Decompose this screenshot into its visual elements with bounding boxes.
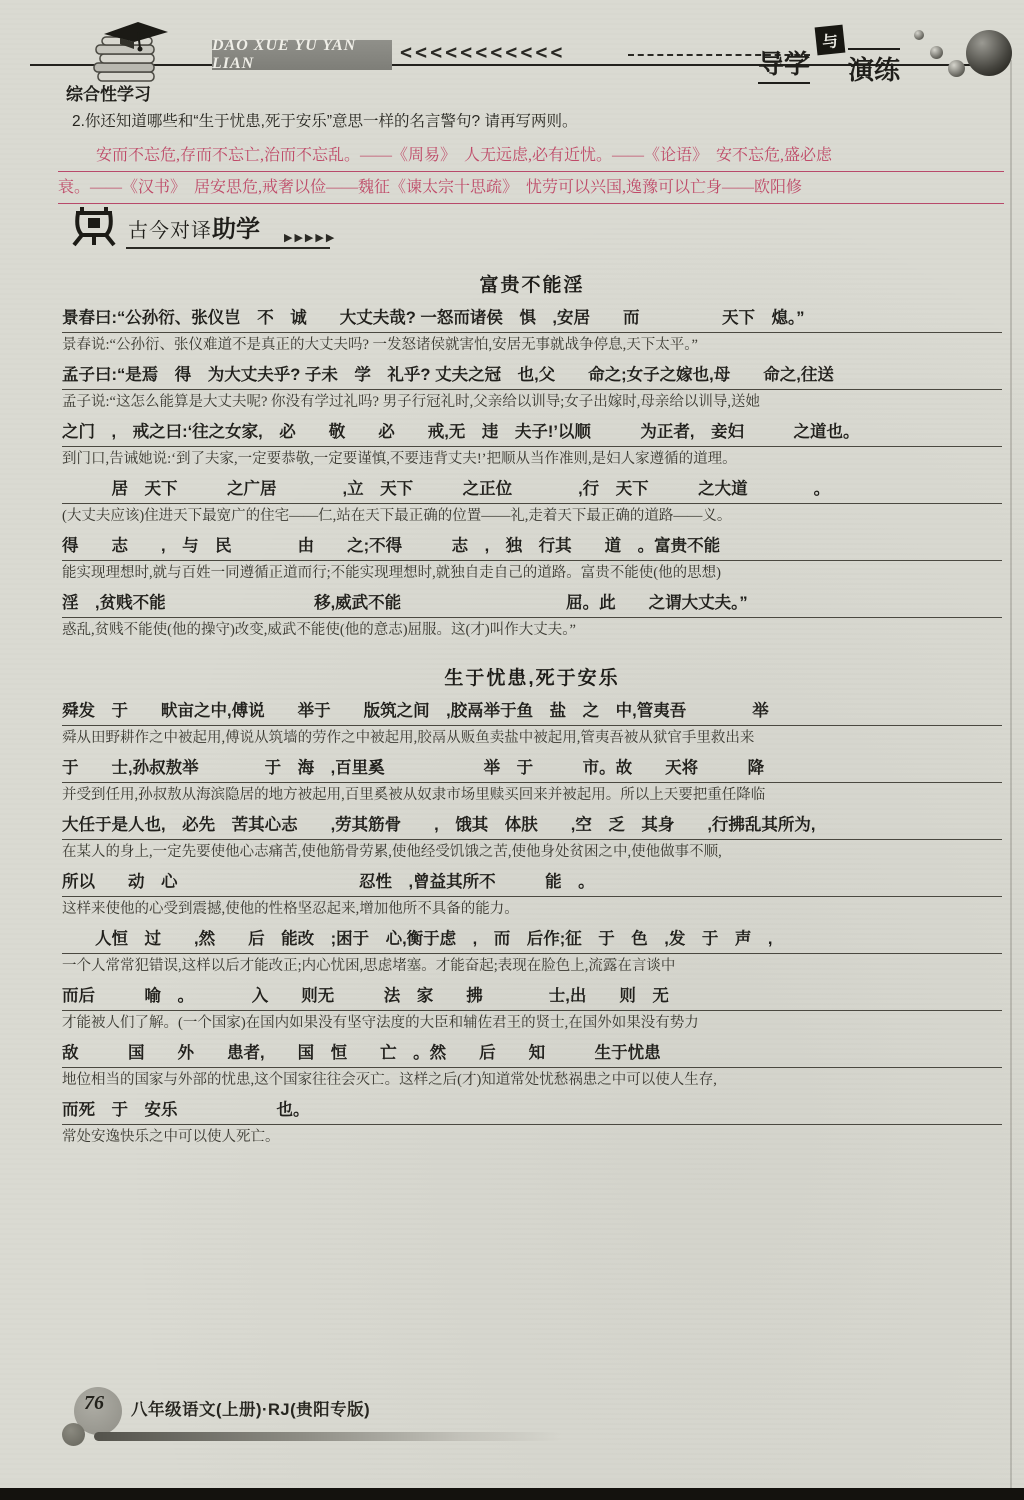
masthead-yanlian: 演练 [848, 48, 900, 87]
translation-line: 这样来使他的心受到震撼,使他的性格坚忍起来,增加他所不具备的能力。 [62, 898, 1002, 920]
masthead: 导学 与 演练 [758, 22, 1018, 88]
translation-line: 惑乱,贫贱不能使(他的操守)改变,威武不能使(他的意志)屈服。这(才)叫作大丈夫… [62, 619, 1002, 641]
answer-line: 安而不忘危,存而不忘亡,治而不忘乱。——《周易》 人无远虑,必有近忧。——《论语… [58, 140, 1004, 172]
masthead-yu-square: 与 [815, 25, 846, 56]
classical-line: 所以 动 心 忍性 ,曾益其所不 能 。 [62, 869, 1002, 897]
pair-row: 之门 , 戒之曰:‘往之女家, 必 敬 必 戒,无 违 夫子!’以顺 为正者, … [62, 419, 1002, 470]
question-text: 2.你还知道哪些和“生于忧患,死于安乐”意思一样的名言警句? 请再写两则。 [72, 109, 994, 131]
article-title: 富贵不能淫 [62, 270, 1002, 297]
translation-line: 一个人常常犯错误,这样以后才能改正;内心忧困,思虑堵塞。才能奋起;表现在脸色上,… [62, 955, 1002, 977]
pair-row: 所以 动 心 忍性 ,曾益其所不 能 。 这样来使他的心受到震撼,使他的性格坚忍… [62, 869, 1002, 920]
pair-row: 人恒 过 ,然 后 能改 ;困于 心,衡于虑 , 而 后作;征 于 色 ,发 于… [62, 926, 1002, 977]
heading-comprehensive-study: 综合性学习 [66, 80, 151, 105]
section-title: 古今对译助学 [128, 209, 260, 244]
classical-line: 之门 , 戒之曰:‘往之女家, 必 敬 必 戒,无 违 夫子!’以顺 为正者, … [62, 419, 1002, 447]
scan-bottom-edge [0, 1488, 1024, 1500]
page-edge-line [1010, 60, 1012, 1500]
page-footer: 76 八年级语文(上册)·RJ(贵阳专版) [0, 1383, 1024, 1463]
translation-line: (大丈夫应该)住进天下最宽广的住宅——仁,站在天下最正确的位置——礼,走着天下最… [62, 505, 1002, 527]
classical-line: 而死 于 安乐 也。 [62, 1097, 1002, 1125]
pair-row: 孟子曰:“是焉 得 为大丈夫乎? 子未 学 礼乎? 丈夫之冠 也,父 命之;女子… [62, 362, 1002, 413]
arrowheads-icon: ▶▶▶▶▶ [284, 231, 336, 244]
footer-dot-icon [62, 1423, 85, 1446]
brand-box: DAO XUE YU YAN LIAN [212, 40, 392, 70]
classical-line: 人恒 过 ,然 后 能改 ;困于 心,衡于虑 , 而 后作;征 于 色 ,发 于… [62, 926, 1002, 954]
section-underline [126, 247, 330, 249]
answer-block: 安而不忘危,存而不忘亡,治而不忘乱。——《周易》 人无远虑,必有近忧。——《论语… [58, 140, 1004, 204]
masthead-daoxue: 导学 [758, 44, 810, 84]
classical-line: 敌 国 外 患者, 国 恒 亡 。然 后 知 生于忧患 [62, 1040, 1002, 1068]
pair-row: 大任于是人也, 必先 苦其心志 ,劳其筋骨 , 饿其 体肤 ,空 乏 其身 ,行… [62, 812, 1002, 863]
classical-line: 孟子曰:“是焉 得 为大丈夫乎? 子未 学 礼乎? 丈夫之冠 也,父 命之;女子… [62, 362, 1002, 390]
classical-line: 而后 喻 。 入 则无 法 家 拂 士,出 则 无 [62, 983, 1002, 1011]
footer-gradient-bar [94, 1432, 562, 1441]
classical-line: 淫 ,贫贱不能 移,威武不能 屈。此 之谓大丈夫。” [62, 590, 1002, 618]
translation-line: 并受到任用,孙叔敖从海滨隐居的地方被起用,百里奚被从奴隶市场里赎买回来并被起用。… [62, 784, 1002, 806]
answer-line: 衰。——《汉书》 居安思危,戒奢以俭——魏征《谏太宗十思疏》 忧劳可以兴国,逸豫… [58, 172, 1004, 204]
classical-line: 舜发 于 畎亩之中,傅说 举于 版筑之间 ,胶鬲举于鱼 盐 之 中,管夷吾 举 [62, 698, 1002, 726]
translation-line: 景春说:“公孙衍、张仪难道不是真正的大丈夫吗? 一发怒诸侯就害怕,安居无事就战争… [62, 334, 1002, 356]
pair-row: 而后 喻 。 入 则无 法 家 拂 士,出 则 无 才能被人们了解。(一个国家)… [62, 983, 1002, 1034]
sphere-icon [914, 30, 924, 40]
translation-line: 舜从田野耕作之中被起用,傅说从筑墙的劳作之中被起用,胶鬲从贩鱼卖盐中被起用,管夷… [62, 727, 1002, 749]
pair-row: 而死 于 安乐 也。 常处安逸快乐之中可以使人死亡。 [62, 1097, 1002, 1148]
section-title-bold: 助学 [212, 216, 260, 243]
sphere-icon [930, 46, 943, 59]
pair-row: 淫 ,贫贱不能 移,威武不能 屈。此 之谓大丈夫。” 惑乱,贫贱不能使(他的操守… [62, 590, 1002, 641]
content-area: 富贵不能淫 景春曰:“公孙衍、张仪岂 不 诚 大丈夫哉? 一怒而诸侯 惧 ,安居… [62, 266, 1002, 1154]
classical-line: 大任于是人也, 必先 苦其心志 ,劳其筋骨 , 饿其 体肤 ,空 乏 其身 ,行… [62, 812, 1002, 840]
pair-row: 景春曰:“公孙衍、张仪岂 不 诚 大丈夫哉? 一怒而诸侯 惧 ,安居 而 天下 … [62, 305, 1002, 356]
translation-line: 能实现理想时,就与百姓一同遵循正道而行;不能实现理想时,就独自走自己的道路。富贵… [62, 562, 1002, 584]
classical-line: 得 志 , 与 民 由 之;不得 志 , 独 行其 道 。富贵不能 [62, 533, 1002, 561]
translation-line: 常处安逸快乐之中可以使人死亡。 [62, 1126, 1002, 1148]
page-number: 76 [84, 1392, 104, 1415]
article-title: 生于忧患,死于安乐 [62, 663, 1002, 690]
translation-line: 地位相当的国家与外部的忧患,这个国家往往会灭亡。这样之后(才)知道常处忧愁祸患之… [62, 1069, 1002, 1091]
pair-row: 于 士,孙叔敖举 于 海 ,百里奚 举 于 市。故 天将 降 并受到任用,孙叔敖… [62, 755, 1002, 806]
sphere-icon [948, 60, 965, 77]
pair-row: 得 志 , 与 民 由 之;不得 志 , 独 行其 道 。富贵不能 能实现理想时… [62, 533, 1002, 584]
classical-line: 景春曰:“公孙衍、张仪岂 不 诚 大丈夫哉? 一怒而诸侯 惧 ,安居 而 天下 … [62, 305, 1002, 333]
brand-text: DAO XUE YU YAN LIAN [212, 37, 392, 73]
chevrons-decoration: <<<<<<<<<<< [400, 40, 565, 64]
section-title-normal: 古今对译 [128, 220, 212, 242]
book-title: 八年级语文(上册)·RJ(贵阳专版) [131, 1396, 370, 1420]
pair-row: 舜发 于 畎亩之中,傅说 举于 版筑之间 ,胶鬲举于鱼 盐 之 中,管夷吾 举 … [62, 698, 1002, 749]
classical-line: 于 士,孙叔敖举 于 海 ,百里奚 举 于 市。故 天将 降 [62, 755, 1002, 783]
translation-line: 孟子说:“这怎么能算是大丈夫呢? 你没有学过礼吗? 男子行冠礼时,父亲给以训导;… [62, 391, 1002, 413]
pair-row: 居 天下 之广居 ,立 天下 之正位 ,行 天下 之大道 。 (大丈夫应该)住进… [62, 476, 1002, 527]
translation-line: 才能被人们了解。(一个国家)在国内如果没有坚守法度的大臣和辅佐君王的贤士,在国外… [62, 1012, 1002, 1034]
sphere-icon [966, 30, 1012, 76]
bronze-vessel-icon [68, 205, 120, 252]
translation-line: 在某人的身上,一定先要使他心志痛苦,使他筋骨劳累,使他经受饥饿之苦,使他身处贫困… [62, 841, 1002, 863]
pair-row: 敌 国 外 患者, 国 恒 亡 。然 后 知 生于忧患 地位相当的国家与外部的忧… [62, 1040, 1002, 1091]
classical-line: 居 天下 之广居 ,立 天下 之正位 ,行 天下 之大道 。 [62, 476, 1002, 504]
translation-line: 到门口,告诫她说:‘到了夫家,一定要恭敬,一定要谨慎,不要违背丈夫!’把顺从当作… [62, 448, 1002, 470]
